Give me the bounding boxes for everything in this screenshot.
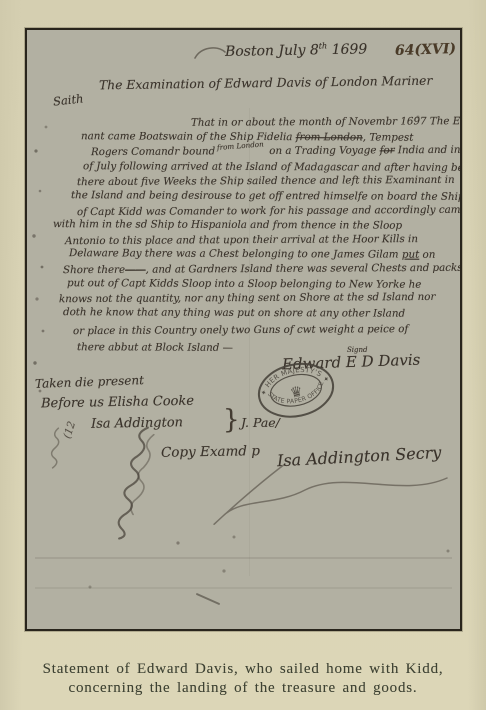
margin-scribble	[45, 425, 64, 470]
body-line: doth he know that any thing was put on s…	[63, 305, 451, 321]
body-text: on	[419, 249, 435, 261]
body-text: , and at Gardners Island there was sever…	[146, 262, 460, 276]
state-paper-office-stamp: ✦ HER MAJESTY'S ✦ STATE PAPER OFFICE ♛	[250, 353, 342, 427]
paper-fold-line	[35, 587, 452, 589]
archive-mark: 64(XVI)	[395, 41, 457, 59]
body-text: Delaware Bay there was a Chest belonging…	[69, 248, 402, 261]
body-line: knows not the quantity, nor any thing se…	[59, 290, 451, 307]
deposition-body: That in or about the month of Novembr 16…	[41, 115, 451, 356]
ink-smudge	[196, 593, 221, 605]
paper-fold-line	[35, 557, 452, 559]
document-title: The Examination of Edward Davis of Londo…	[99, 74, 432, 93]
pen-flourish-icon	[193, 45, 227, 61]
struck-text: for	[380, 144, 395, 156]
body-text: , Tempest	[363, 131, 414, 143]
body-text: on a Trading Voyage	[266, 145, 380, 158]
underlined-text: put	[402, 249, 419, 261]
pen-brace: }	[223, 405, 240, 435]
struck-text: ——	[125, 264, 146, 276]
dateline-pre: Boston July 8	[225, 42, 319, 60]
dateline: Boston July 8th 1699	[225, 41, 368, 60]
archive-mark-text: 64(XVI)	[395, 41, 457, 59]
ink-specks	[27, 30, 29, 32]
body-text: Shore there	[63, 264, 125, 276]
body-text: Rogers Comandr bound	[91, 146, 215, 159]
caption-line-1: Statement of Edward Davis, who sailed ho…	[0, 660, 486, 679]
body-line: Rogers Comandr boundfrom London on a Tra…	[91, 143, 451, 161]
plate-caption: Statement of Edward Davis, who sailed ho…	[0, 660, 486, 698]
dateline-post: 1699	[327, 41, 367, 58]
body-line: with him in the sd Ship to Hispaniola an…	[53, 217, 451, 233]
pen-paraph-flourish	[135, 458, 455, 550]
paper-crease	[249, 108, 250, 576]
body-line: Shore there——, and at Gardners Island th…	[63, 261, 451, 278]
manuscript-photo-plate: 64(XVI) Boston July 8th 1699 The Examina…	[25, 28, 462, 631]
taken-line: Taken die present	[35, 373, 144, 391]
caption-line-2: concerning the landing of the treasure a…	[0, 679, 486, 698]
crown-icon: ♛	[289, 384, 305, 402]
body-line: That in or about the month of Novembr 16…	[191, 114, 451, 130]
saith-word: Saith	[52, 91, 84, 108]
interlinear-insertion: from London	[217, 138, 265, 156]
before-us-line: Before us Elisha Cooke	[41, 394, 194, 412]
manuscript-paper: 64(XVI) Boston July 8th 1699 The Examina…	[27, 30, 460, 629]
struck-text: from London	[296, 131, 363, 143]
body-line: or place in this Country onely two Guns …	[73, 322, 451, 339]
body-line: the Island and being desirouse to get of…	[71, 188, 451, 204]
body-text: India and in the Month	[395, 144, 460, 157]
